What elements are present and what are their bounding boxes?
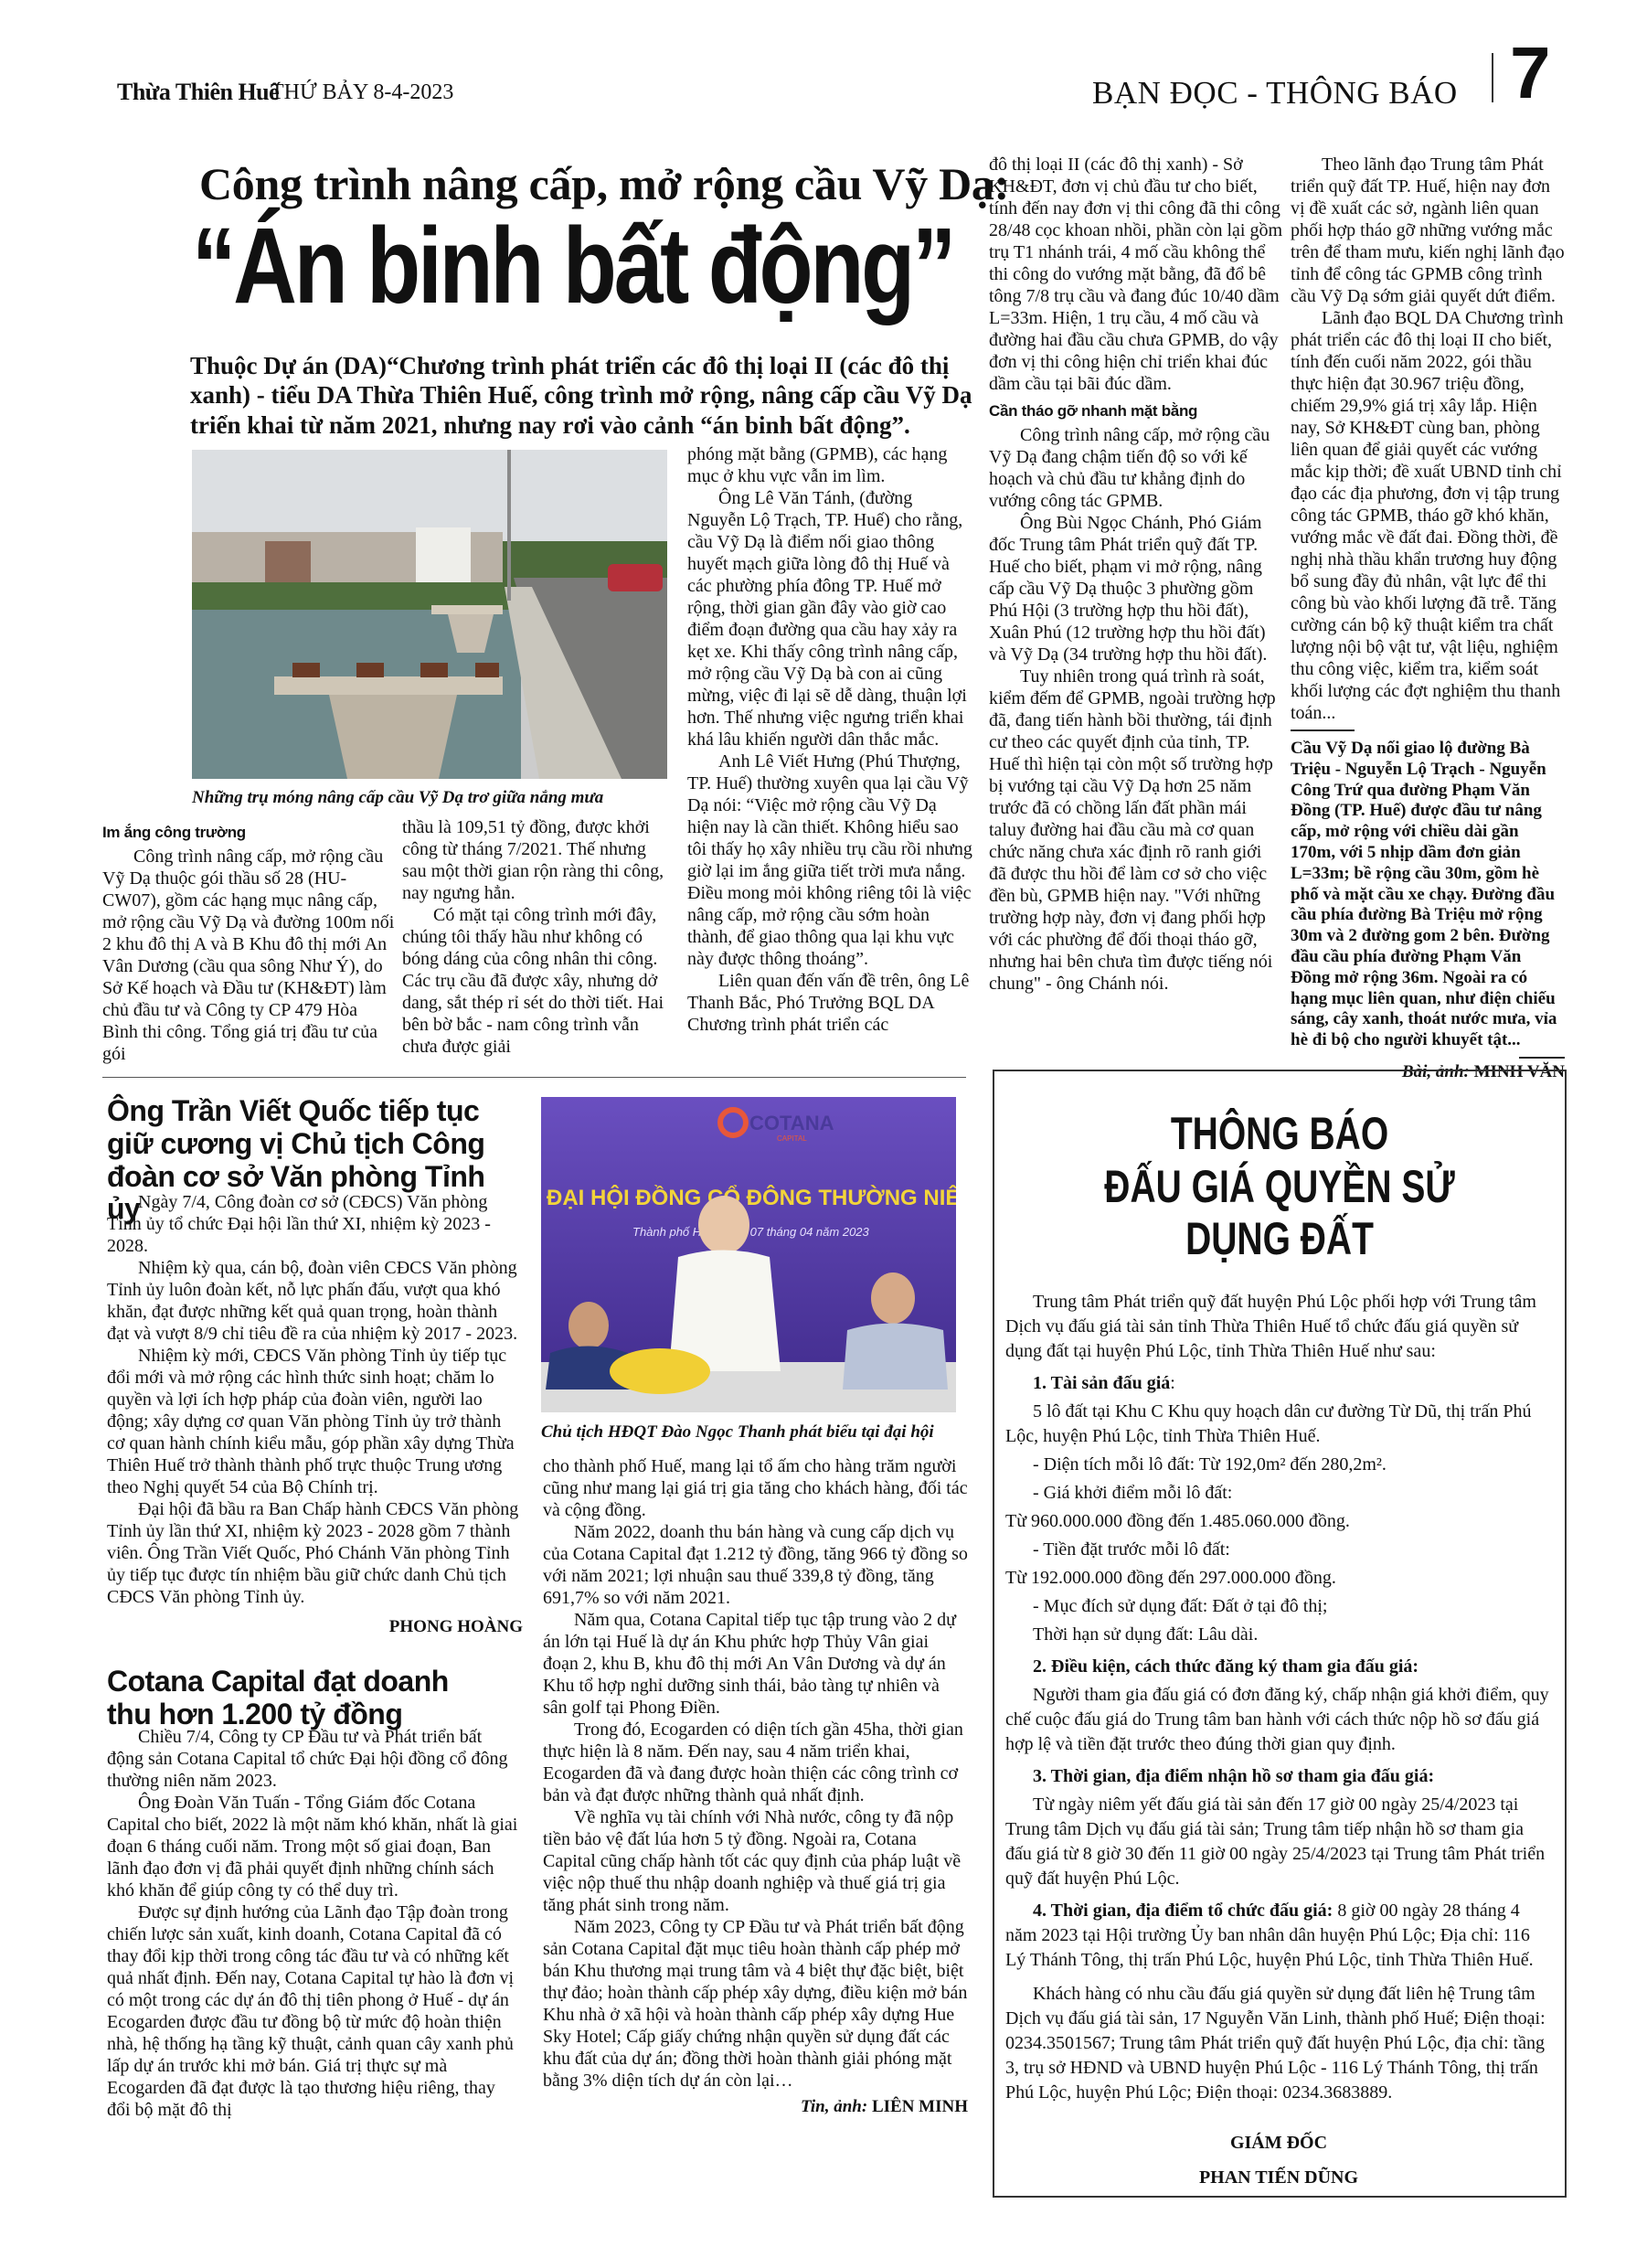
notice-area: - Diện tích mỗi lô đất: Từ 192,0m² đến 2… xyxy=(1005,1453,1552,1477)
paragraph: Trong đó, Ecogarden có diện tích gần 45h… xyxy=(543,1719,968,1806)
cotana-byline: Tin, ảnh: LIÊN MINH xyxy=(543,2097,968,2118)
factbox-divider xyxy=(1291,729,1355,731)
cotana-photo-caption: Chủ tịch HĐQT Đào Ngọc Thanh phát biểu t… xyxy=(541,1422,971,1443)
notice-price: Từ 960.000.000 đồng đến 1.485.060.000 đồ… xyxy=(1005,1509,1552,1534)
notice-section-3-title: 3. Thời gian, địa điểm nhận hồ sơ tham g… xyxy=(1005,1764,1552,1789)
notice-section-2-title: 2. Điều kiện, cách thức đăng ký tham gia… xyxy=(1005,1655,1552,1679)
paragraph: phóng mặt bằng (GPMB), các hạng mục ở kh… xyxy=(687,443,972,487)
notice-title-1: THÔNG BÁO xyxy=(1057,1108,1503,1161)
cotana-banner: ĐẠI HỘI ĐỒNG CỔ ĐÔNG THƯỜNG NIÊN NĂM 2 xyxy=(547,1185,956,1210)
notice-section-2-body: Người tham gia đấu giá có đơn đăng ký, c… xyxy=(1005,1683,1552,1757)
cotana-logo: COTANA xyxy=(749,1112,834,1134)
cotana-column-1: Chiều 7/4, Công ty CP Đầu tư và Phát tri… xyxy=(107,1726,523,2121)
paragraph: Nhiệm kỳ qua, cán bộ, đoàn viên CĐCS Văn… xyxy=(107,1257,523,1345)
section-title: BẠN ĐỌC - THÔNG BÁO xyxy=(1092,75,1458,112)
paragraph: Đại hội đã bầu ra Ban Chấp hành CĐCS Văn… xyxy=(107,1498,523,1608)
lead-column-4: đô thị loại II (các đô thị xanh) - Sở KH… xyxy=(989,154,1283,995)
cotana-photo-illustration: COTANA CAPITAL ĐẠI HỘI ĐỒNG CỔ ĐÔNG THƯỜ… xyxy=(541,1097,956,1412)
auction-notice-box: THÔNG BÁO ĐẤU GIÁ QUYỀN SỬ DỤNG ĐẤT Trun… xyxy=(993,1070,1567,2198)
paragraph: Công trình nâng cấp, mở rộng cầu Vỹ Dạ t… xyxy=(102,846,397,1065)
byline-name: LIÊN MINH xyxy=(872,2097,968,2116)
lead-column-5: Theo lãnh đạo Trung tâm Phát triển quỹ đ… xyxy=(1291,154,1565,1083)
byline-label: Tin, ảnh: xyxy=(801,2097,867,2116)
notice-term: Thời hạn sử dụng đất: Lâu dài. xyxy=(1005,1623,1552,1647)
page-number: 7 xyxy=(1510,37,1551,110)
lead-column-3: phóng mặt bằng (GPMB), các hạng mục ở kh… xyxy=(687,443,972,1036)
notice-signer-title: GIÁM ĐỐC xyxy=(1005,2125,1552,2160)
notice-deposit-label: - Tiền đặt trước mỗi lô đất: xyxy=(1005,1538,1552,1562)
cotana-article-title: Cotana Capital đạt doanh thu hơn 1.200 t… xyxy=(107,1666,473,1731)
paragraph: Nhiệm kỳ mới, CĐCS Văn phòng Tỉnh ủy tiế… xyxy=(107,1345,523,1498)
lead-kicker: Công trình nâng cấp, mở rộng cầu Vỹ Dạ: xyxy=(199,157,1009,210)
factbox: Cầu Vỹ Dạ nối giao lộ đường Bà Triệu - N… xyxy=(1291,739,1565,1051)
cotana-photo: COTANA CAPITAL ĐẠI HỘI ĐỒNG CỔ ĐÔNG THƯỜ… xyxy=(541,1097,956,1412)
paragraph: Năm qua, Cotana Capital tiếp tục tập tru… xyxy=(543,1609,968,1719)
paragraph: Được sự định hướng của Lãnh đạo Tập đoàn… xyxy=(107,1901,523,2121)
subhead-can-thao-go: Cần tháo gỡ nhanh mặt bằng xyxy=(989,402,1283,421)
bridge-photo-caption: Những trụ móng nâng cấp cầu Vỹ Dạ trơ gi… xyxy=(192,788,667,808)
paragraph: Liên quan đến vấn đề trên, ông Lê Thanh … xyxy=(687,970,972,1036)
paragraph: cho thành phố Huế, mang lại tổ ấm cho hà… xyxy=(543,1455,968,1521)
svg-text:CAPITAL: CAPITAL xyxy=(777,1134,807,1143)
paragraph: Ông Đoàn Văn Tuấn - Tổng Giám đốc Cotana… xyxy=(107,1792,523,1901)
union-byline: PHONG HOÀNG xyxy=(107,1617,523,1638)
notice-signer-name: PHAN TIẾN DŨNG xyxy=(1005,2160,1552,2195)
notice-intro: Trung tâm Phát triển quỹ đất huyện Phú L… xyxy=(1005,1290,1552,1364)
paragraph: Ông Lê Văn Tánh, (đường Nguyễn Lộ Trạch,… xyxy=(687,487,972,751)
paragraph: Ông Bùi Ngọc Chánh, Phó Giám đốc Trung t… xyxy=(989,512,1283,665)
paragraph: Theo lãnh đạo Trung tâm Phát triển quỹ đ… xyxy=(1291,154,1565,307)
notice-assets: 5 lô đất tại Khu C Khu quy hoạch dân cư … xyxy=(1005,1400,1552,1449)
union-article-body: Ngày 7/4, Công đoàn cơ sở (CĐCS) Văn phò… xyxy=(107,1191,523,1638)
notice-price-label: - Giá khởi điểm mỗi lô đất: xyxy=(1005,1481,1552,1506)
paragraph: đô thị loại II (các đô thị xanh) - Sở KH… xyxy=(989,154,1283,395)
subhead-im-ang: Im ắng công trường xyxy=(102,824,397,842)
paragraph: Anh Lê Viết Hưng (Phú Thượng, TP. Huế) t… xyxy=(687,751,972,970)
section-separator xyxy=(102,1077,966,1078)
lead-column-2: thầu là 109,51 tỷ đồng, được khởi công t… xyxy=(402,816,667,1058)
paragraph: Năm 2023, Công ty CP Đầu tư và Phát triể… xyxy=(543,1916,968,2092)
paragraph: Tuy nhiên trong quá trình rà soát, kiểm … xyxy=(989,665,1283,995)
issue-date: THỨ BẢY 8-4-2023 xyxy=(271,80,453,105)
lead-sapo: Thuộc Dự án (DA)“Chương trình phát triển… xyxy=(190,351,976,440)
paragraph: Công trình nâng cấp, mở rộng cầu Vỹ Dạ đ… xyxy=(989,424,1283,512)
paragraph: Về nghĩa vụ tài chính với Nhà nước, công… xyxy=(543,1806,968,1916)
paragraph: thầu là 109,51 tỷ đồng, được khởi công t… xyxy=(402,816,667,904)
paragraph: Chiều 7/4, Công ty CP Đầu tư và Phát tri… xyxy=(107,1726,523,1792)
paragraph: Ngày 7/4, Công đoàn cơ sở (CĐCS) Văn phò… xyxy=(107,1191,523,1257)
notice-purpose: - Mục đích sử dụng đất: Đất ở tại đô thị… xyxy=(1005,1594,1552,1619)
notice-section-3-body: Từ ngày niêm yết đấu giá tài sản đến 17 … xyxy=(1005,1793,1552,1891)
svg-text:Thành phố Huế, ngày 07 tháng 0: Thành phố Huế, ngày 07 tháng 04 năm 2023 xyxy=(632,1225,870,1239)
notice-deposit: Từ 192.000.000 đồng đến 297.000.000 đồng… xyxy=(1005,1566,1552,1591)
notice-contact: Khách hàng có nhu cầu đấu giá quyền sử d… xyxy=(1005,1982,1552,2105)
publication-name: Thừa Thiên Huế xyxy=(117,79,279,106)
notice-section-1-title: 1. Tài sản đấu giá: xyxy=(1005,1371,1552,1396)
paragraph: Lãnh đạo BQL DA Chương trình phát triển … xyxy=(1291,307,1565,724)
notice-title-2: ĐẤU GIÁ QUYỀN SỬ DỤNG ĐẤT xyxy=(1057,1161,1503,1266)
bridge-photo xyxy=(192,450,667,779)
paragraph: Năm 2022, doanh thu bán hàng và cung cấp… xyxy=(543,1521,968,1609)
paragraph: Có mặt tại công trình mới đây, chúng tôi… xyxy=(402,904,667,1058)
cotana-column-2: cho thành phố Huế, mang lại tổ ấm cho hà… xyxy=(543,1455,968,2118)
byline-divider xyxy=(1519,1057,1565,1059)
notice-section-4: 4. Thời gian, địa điểm tổ chức đấu giá: … xyxy=(1005,1899,1552,1973)
notice-body: Trung tâm Phát triển quỹ đất huyện Phú L… xyxy=(994,1266,1565,2195)
bridge-photo-illustration xyxy=(192,450,667,779)
lead-headline: “Án binh bất động” xyxy=(192,210,953,324)
lead-column-1: Im ắng công trường Công trình nâng cấp, … xyxy=(102,816,397,1065)
header-divider xyxy=(1492,53,1493,102)
